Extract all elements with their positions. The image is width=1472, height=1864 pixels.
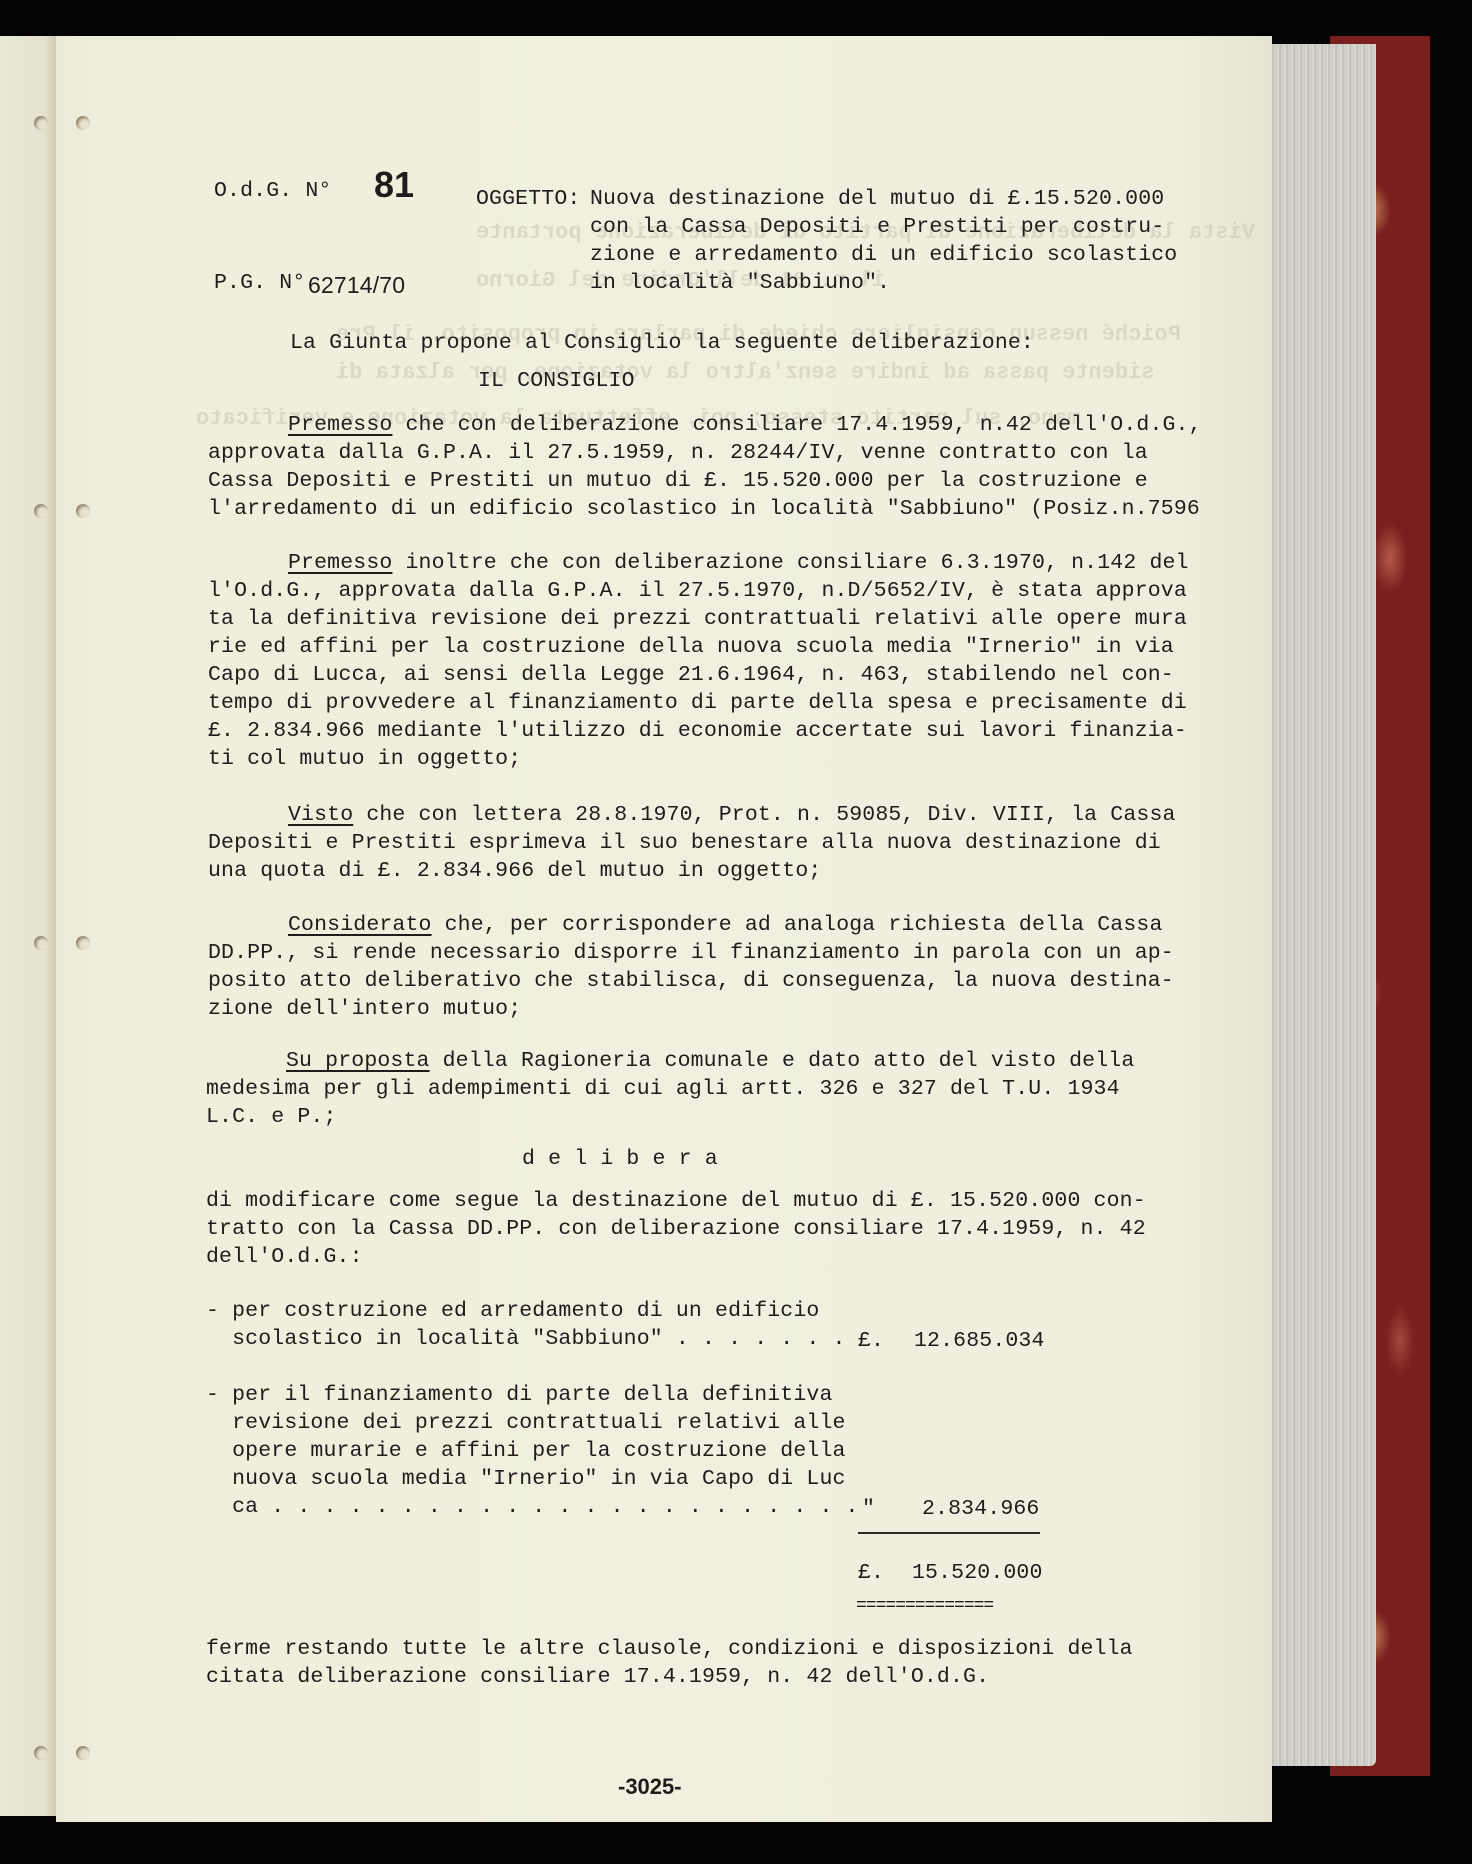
binding-hole bbox=[76, 1746, 90, 1760]
facing-page-edge bbox=[0, 36, 56, 1816]
binding-hole bbox=[76, 936, 90, 950]
paragraph-lead: Premesso bbox=[288, 551, 392, 575]
odg-number: 81 bbox=[374, 164, 414, 206]
total-currency: £. bbox=[858, 1560, 884, 1588]
total-amount: 15.520.000 bbox=[912, 1560, 1043, 1588]
paragraph-lead: Premesso bbox=[288, 413, 392, 437]
odg-label: O.d.G. N° bbox=[214, 178, 331, 206]
page-edges bbox=[1268, 44, 1376, 1766]
pg-number: 62714/70 bbox=[308, 272, 405, 300]
allocation-currency: " bbox=[862, 1496, 875, 1524]
subtotal-rule bbox=[858, 1532, 1040, 1534]
binding-hole bbox=[76, 504, 90, 518]
binding-hole bbox=[76, 116, 90, 130]
paragraph-lead: Visto bbox=[288, 803, 353, 827]
intro-line: La Giunta propone al Consiglio la seguen… bbox=[290, 330, 1034, 358]
pg-label: P.G. N° bbox=[214, 270, 305, 298]
document-page: Vista la deliberazione di partito di del… bbox=[56, 36, 1272, 1822]
allocation-currency: £. bbox=[858, 1328, 884, 1356]
binding-hole bbox=[34, 504, 48, 518]
delibera-heading: d e l i b e r a bbox=[522, 1146, 718, 1174]
allocation-amount: 12.685.034 bbox=[914, 1328, 1045, 1356]
paragraph-lead: Su proposta bbox=[286, 1049, 430, 1073]
binding-hole bbox=[34, 936, 48, 950]
allocation-amount: 2.834.966 bbox=[922, 1496, 1039, 1524]
paragraph-lead: Considerato bbox=[288, 913, 432, 937]
oggetto-label: OGGETTO: bbox=[476, 186, 580, 214]
binding-hole bbox=[34, 116, 48, 130]
page-number: -3025- bbox=[618, 1774, 682, 1800]
binding-hole bbox=[34, 1746, 48, 1760]
total-double-rule: ============== bbox=[856, 1596, 993, 1616]
council-heading: IL CONSIGLIO bbox=[478, 368, 635, 396]
